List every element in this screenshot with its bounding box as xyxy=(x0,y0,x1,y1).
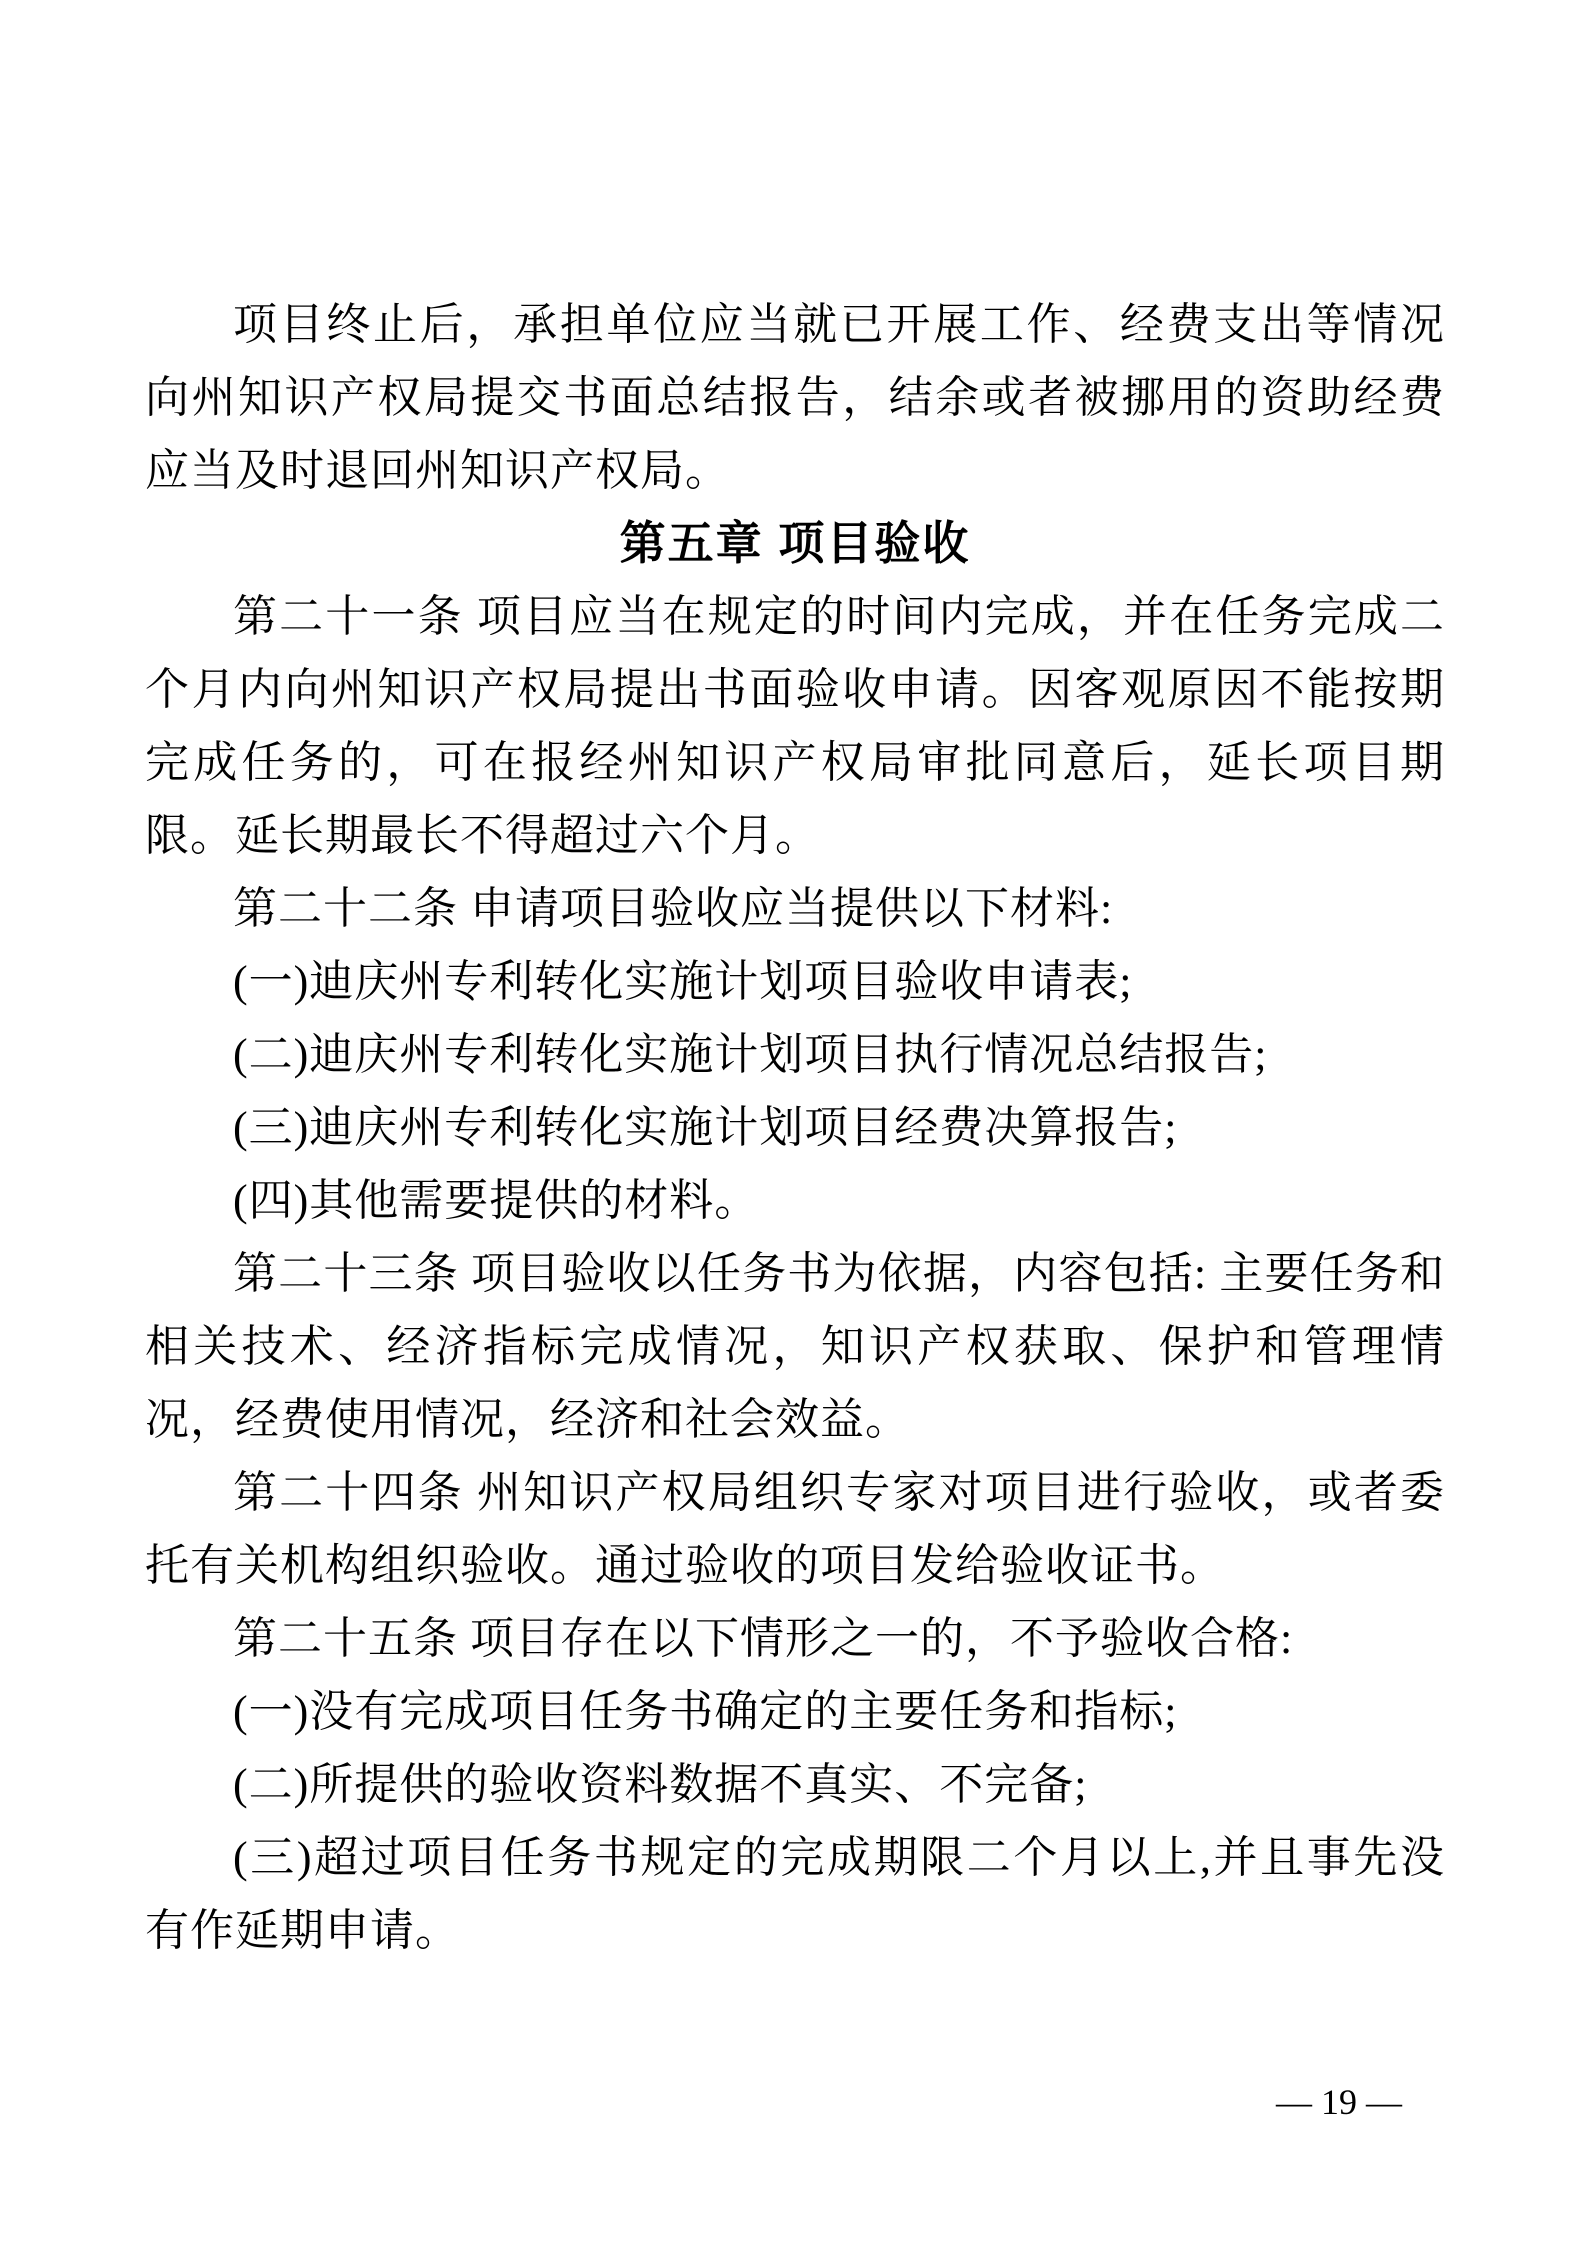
article-22-item-4: (四)其他需要提供的材料。 xyxy=(145,1164,1445,1237)
article-25-item-1: (一)没有完成项目任务书确定的主要任务和指标; xyxy=(145,1675,1445,1748)
article-25-item-3: (三)超过项目任务书规定的完成期限二个月以上,并且事先没有作延期申请。 xyxy=(145,1821,1445,1967)
intro-paragraph: 项目终止后，承担单位应当就已开展工作、经费支出等情况向州知识产权局提交书面总结报… xyxy=(145,288,1445,507)
article-21-paragraph: 第二十一条 项目应当在规定的时间内完成，并在任务完成二个月内向州知识产权局提出书… xyxy=(145,580,1445,872)
article-22-item-2: (二)迪庆州专利转化实施计划项目执行情况总结报告; xyxy=(145,1018,1445,1091)
page-number: — 19 — xyxy=(1276,2082,1402,2122)
article-25-item-2: (二)所提供的验收资料数据不真实、不完备; xyxy=(145,1748,1445,1821)
article-24-paragraph: 第二十四条 州知识产权局组织专家对项目进行验收，或者委托有关机构组织验收。通过验… xyxy=(145,1456,1445,1602)
article-22-intro-paragraph: 第二十二条 申请项目验收应当提供以下材料: xyxy=(145,872,1445,945)
article-22-item-3: (三)迪庆州专利转化实施计划项目经费决算报告; xyxy=(145,1091,1445,1164)
chapter-heading: 第五章 项目验收 xyxy=(145,507,1445,580)
article-23-paragraph: 第二十三条 项目验收以任务书为依据，内容包括: 主要任务和相关技术、经济指标完成… xyxy=(145,1237,1445,1456)
article-22-item-1: (一)迪庆州专利转化实施计划项目验收申请表; xyxy=(145,945,1445,1018)
document-page: 项目终止后，承担单位应当就已开展工作、经费支出等情况向州知识产权局提交书面总结报… xyxy=(0,0,1587,2245)
document-content: 项目终止后，承担单位应当就已开展工作、经费支出等情况向州知识产权局提交书面总结报… xyxy=(145,288,1445,1967)
article-25-intro-paragraph: 第二十五条 项目存在以下情形之一的，不予验收合格: xyxy=(145,1602,1445,1675)
